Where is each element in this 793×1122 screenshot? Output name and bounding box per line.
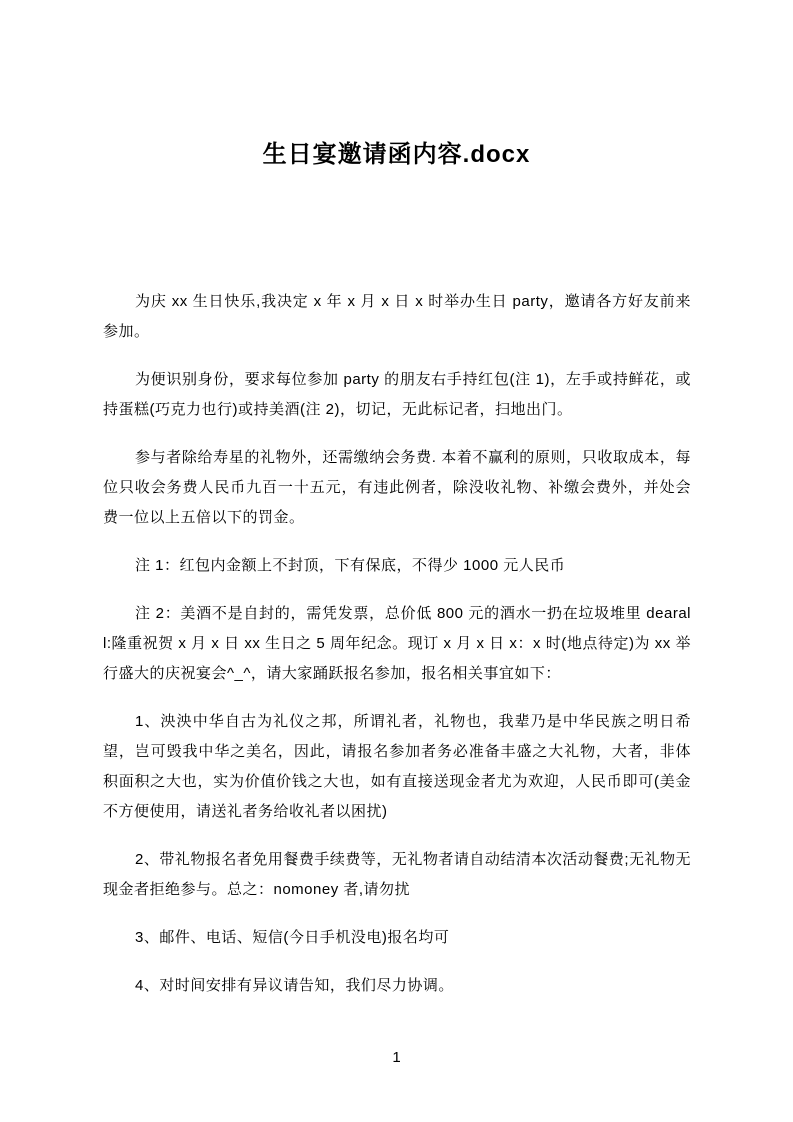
paragraph-item-4: 4、对时间安排有异议请告知，我们尽力协调。 [103, 971, 691, 1001]
paragraph-note-1: 注 1：红包内金额上不封顶，下有保底，不得少 1000 元人民币 [103, 551, 691, 581]
page-number: 1 [0, 1048, 793, 1068]
paragraph-item-3: 3、邮件、电话、短信(今日手机没电)报名均可 [103, 923, 691, 953]
paragraph-item-1: 1、泱泱中华自古为礼仪之邦，所谓礼者，礼物也，我辈乃是中华民族之明日希望，岂可毁… [103, 707, 691, 827]
paragraph-identification-rule: 为便识别身份，要求每位参加 party 的朋友右手持红包(注 1)，左手或持鲜花… [103, 365, 691, 425]
document-body: 为庆 xx 生日快乐,我决定 x 年 x 月 x 日 x 时举办生日 party… [103, 287, 691, 1001]
paragraph-note-2: 注 2：美酒不是自封的，需凭发票，总价低 800 元的酒水一扔在垃圾堆里 dea… [103, 599, 691, 689]
document-title: 生日宴邀请函内容.docx [0, 0, 793, 170]
paragraph-item-2: 2、带礼物报名者免用餐费手续费等，无礼物者请自动结清本次活动餐费;无礼物无现金者… [103, 845, 691, 905]
document-page: 生日宴邀请函内容.docx 为庆 xx 生日快乐,我决定 x 年 x 月 x 日… [0, 0, 793, 1122]
paragraph-fee-rule: 参与者除给寿星的礼物外，还需缴纳会务费. 本着不赢利的原则，只收取成本，每位只收… [103, 443, 691, 533]
paragraph-intro: 为庆 xx 生日快乐,我决定 x 年 x 月 x 日 x 时举办生日 party… [103, 287, 691, 347]
